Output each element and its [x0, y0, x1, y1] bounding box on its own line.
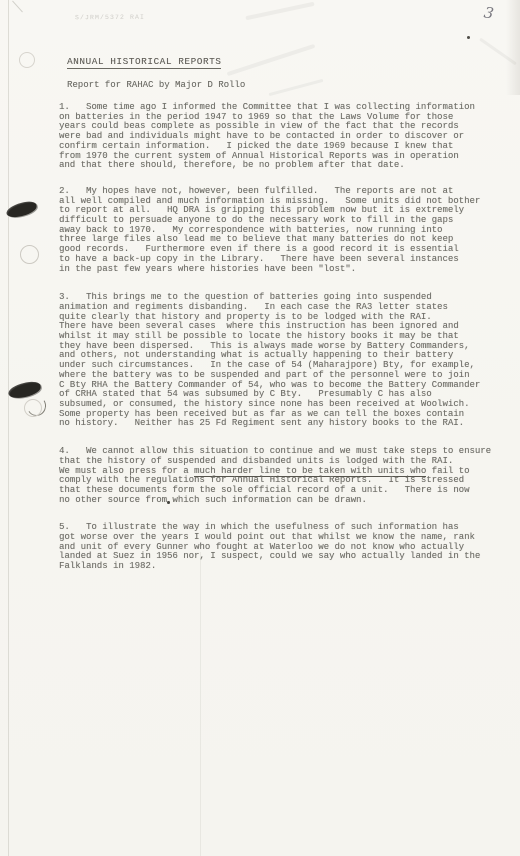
paragraph-1: 1. Some time ago I informed the Committe… — [59, 103, 499, 171]
paragraph-text: 3. This brings me to the question of bat… — [59, 292, 480, 428]
document-title: ANNUAL HISTORICAL REPORTS — [67, 57, 221, 69]
scan-streak — [245, 2, 314, 20]
corner-scratch-mark — [12, 1, 23, 13]
paragraph-3: 3. This brings me to the question of bat… — [59, 293, 499, 429]
faint-reference-stamp: S/JRM/5372 RAI — [75, 14, 145, 22]
page-edge-line — [8, 0, 9, 856]
scan-edge-shadow — [506, 0, 520, 95]
binding-mark-top — [5, 199, 38, 219]
scanned-page: S/JRM/5372 RAI 3 ANNUAL HISTORICAL REPOR… — [0, 0, 520, 856]
paragraph-5: 5. To illustrate the way in which the us… — [59, 523, 499, 572]
punch-hole — [20, 245, 39, 264]
ink-speck — [467, 36, 470, 39]
pen-dot-mark — [167, 501, 170, 504]
paragraph-text: 2. My hopes have not, however, been fulf… — [59, 186, 480, 274]
document-body: ANNUAL HISTORICAL REPORTS Report for RAH… — [59, 51, 499, 572]
handwritten-page-mark: 3 — [483, 3, 496, 22]
paragraph-2: 2. My hopes have not, however, been fulf… — [59, 187, 499, 274]
document-subtitle: Report for RAHAC by Major D Rollo — [67, 80, 499, 90]
punch-hole — [24, 399, 42, 417]
punch-hole — [19, 52, 35, 68]
paragraph-4: 4. We cannot allow this situation to con… — [59, 447, 499, 505]
paragraph-text: 1. Some time ago I informed the Committe… — [59, 102, 475, 170]
paragraph-text: 5. To illustrate the way in which the us… — [59, 522, 480, 571]
paper-crease-line — [200, 552, 201, 856]
